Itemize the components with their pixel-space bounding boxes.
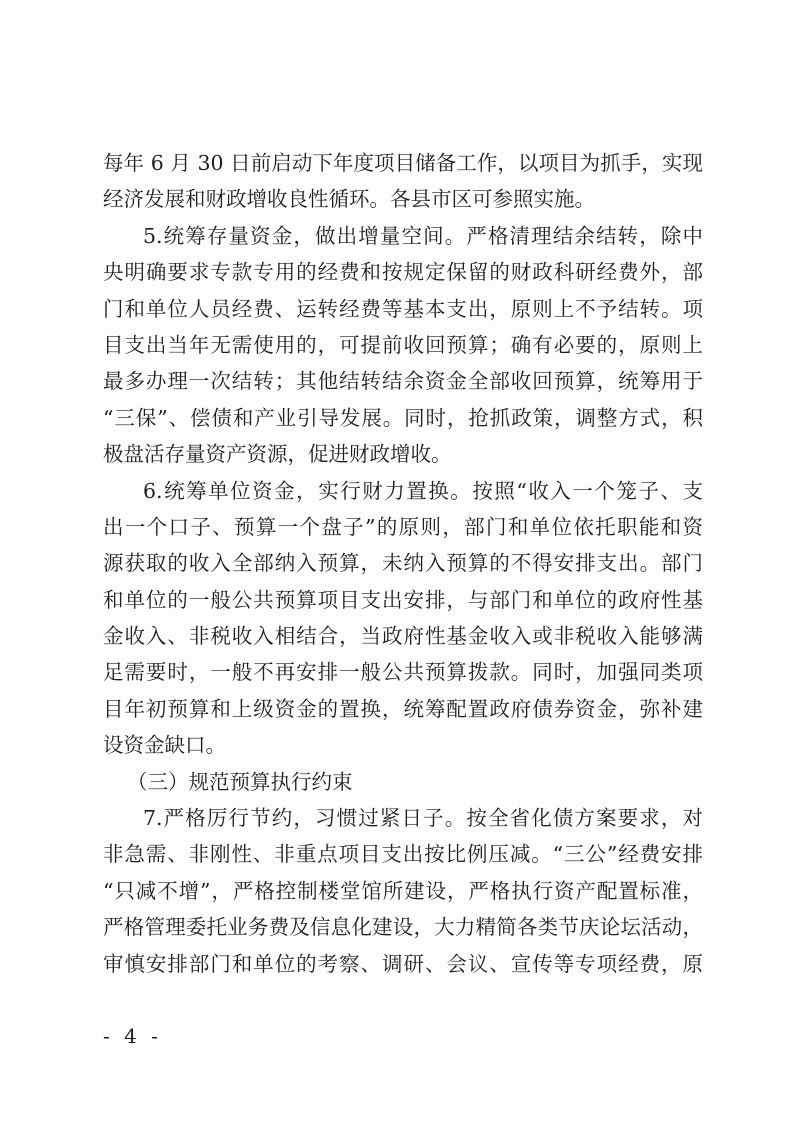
text-line: 非急需、非刚性、非重点项目支出按比例压减。“三公”经费安排: [103, 836, 703, 872]
text-line: 目年初预算和上级资金的置换，统筹配置政府债券资金，弥补建: [103, 691, 703, 727]
document-page: 每年 6 月 30 日前启动下年度项目储备工作，以项目为抓手，实现 经济发展和财…: [0, 0, 793, 1121]
text-line: 目支出当年无需使用的，可提前收回预算；确有必要的，原则上: [103, 327, 703, 363]
text-line: 每年 6 月 30 日前启动下年度项目储备工作，以项目为抓手，实现: [103, 145, 703, 181]
text-line: “只减不增”，严格控制楼堂馆所建设，严格执行资产配置标准，: [103, 873, 703, 909]
text-line: 足需要时，一般不再安排一般公共预算拨款。同时，加强同类项: [103, 654, 703, 690]
text-line: 出一个口子、预算一个盘子”的原则，部门和单位依托职能和资: [103, 509, 703, 545]
paragraph-continuation: 每年 6 月 30 日前启动下年度项目储备工作，以项目为抓手，实现 经济发展和财…: [103, 145, 703, 218]
text-line: 7.严格厉行节约，习惯过紧日子。按全省化债方案要求，对: [103, 800, 703, 836]
text-line: 门和单位人员经费、运转经费等基本支出，原则上不予结转。项: [103, 291, 703, 327]
text-line: 金收入、非税收入相结合，当政府性基金收入或非税收入能够满: [103, 618, 703, 654]
text-line: “三保”、偿债和产业引导发展。同时，抢抓政策，调整方式，积: [103, 400, 703, 436]
document-body: 每年 6 月 30 日前启动下年度项目储备工作，以项目为抓手，实现 经济发展和财…: [103, 145, 703, 982]
text-line: 严格管理委托业务费及信息化建设，大力精简各类节庆论坛活动，: [103, 909, 703, 945]
section-heading: （三）规范预算执行约束: [103, 764, 703, 800]
text-line: 设资金缺口。: [103, 727, 703, 763]
text-line: 审慎安排部门和单位的考察、调研、会议、宣传等专项经费，原: [103, 946, 703, 982]
text-line: 6.统筹单位资金，实行财力置换。按照“收入一个笼子、支: [103, 473, 703, 509]
paragraph-item-7: 7.严格厉行节约，习惯过紧日子。按全省化债方案要求，对 非急需、非刚性、非重点项…: [103, 800, 703, 982]
text-line: 5.统筹存量资金，做出增量空间。严格清理结余结转，除中: [103, 218, 703, 254]
paragraph-item-6: 6.统筹单位资金，实行财力置换。按照“收入一个笼子、支 出一个口子、预算一个盘子…: [103, 473, 703, 764]
page-number: - 4 -: [103, 1022, 162, 1050]
text-line: 和单位的一般公共预算项目支出安排，与部门和单位的政府性基: [103, 582, 703, 618]
paragraph-item-5: 5.统筹存量资金，做出增量空间。严格清理结余结转，除中 央明确要求专款专用的经费…: [103, 218, 703, 473]
text-line: 央明确要求专款专用的经费和按规定保留的财政科研经费外，部: [103, 254, 703, 290]
text-line: 最多办理一次结转；其他结转结余资金全部收回预算，统筹用于: [103, 363, 703, 399]
text-line: 源获取的收入全部纳入预算，未纳入预算的不得安排支出。部门: [103, 545, 703, 581]
text-line: 经济发展和财政增收良性循环。各县市区可参照实施。: [103, 181, 703, 217]
text-line: 极盘活存量资产资源，促进财政增收。: [103, 436, 703, 472]
